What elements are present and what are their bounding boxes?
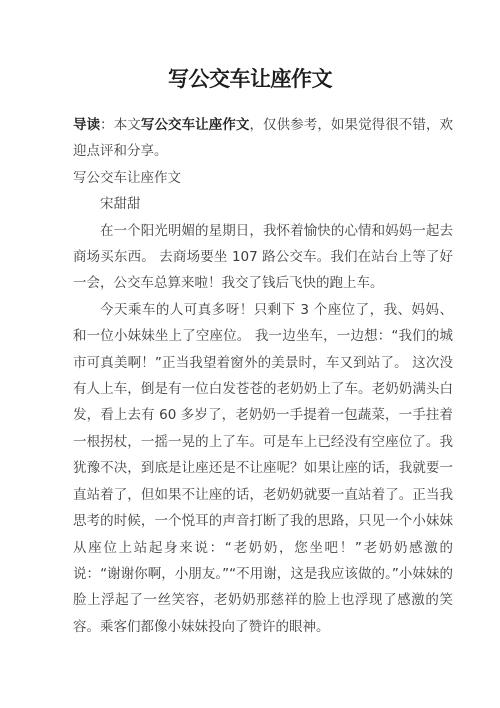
document-page: 写公交车让座作文 导读：本文写公交车让座作文，仅供参考，如果觉得很不错，欢迎点评… [0, 0, 500, 708]
essay-paragraph-2: 今天乘车的人可真多呀！只剩下 3 个座位了，我、妈妈、和一位小妹妹坐上了空座位。… [73, 297, 453, 640]
lead-paragraph: 导读：本文写公交车让座作文，仅供参考，如果觉得很不错，欢迎点评和分享。 [73, 112, 453, 165]
lead-mid-text: ：本文 [100, 117, 141, 133]
lead-label: 导读 [73, 117, 100, 133]
page-title: 写公交车让座作文 [0, 66, 500, 93]
document-body: 导读：本文写公交车让座作文，仅供参考，如果觉得很不错，欢迎点评和分享。 写公交车… [73, 112, 453, 640]
essay-paragraph-1: 在一个阳光明媚的星期日，我怀着愉快的心情和妈妈一起去商场买东西。 去商场要坐 1… [73, 218, 453, 297]
essay-author: 宋甜甜 [73, 191, 453, 217]
essay-heading-line: 写公交车让座作文 [73, 165, 453, 191]
lead-essay-title: 写公交车让座作文 [141, 117, 250, 133]
